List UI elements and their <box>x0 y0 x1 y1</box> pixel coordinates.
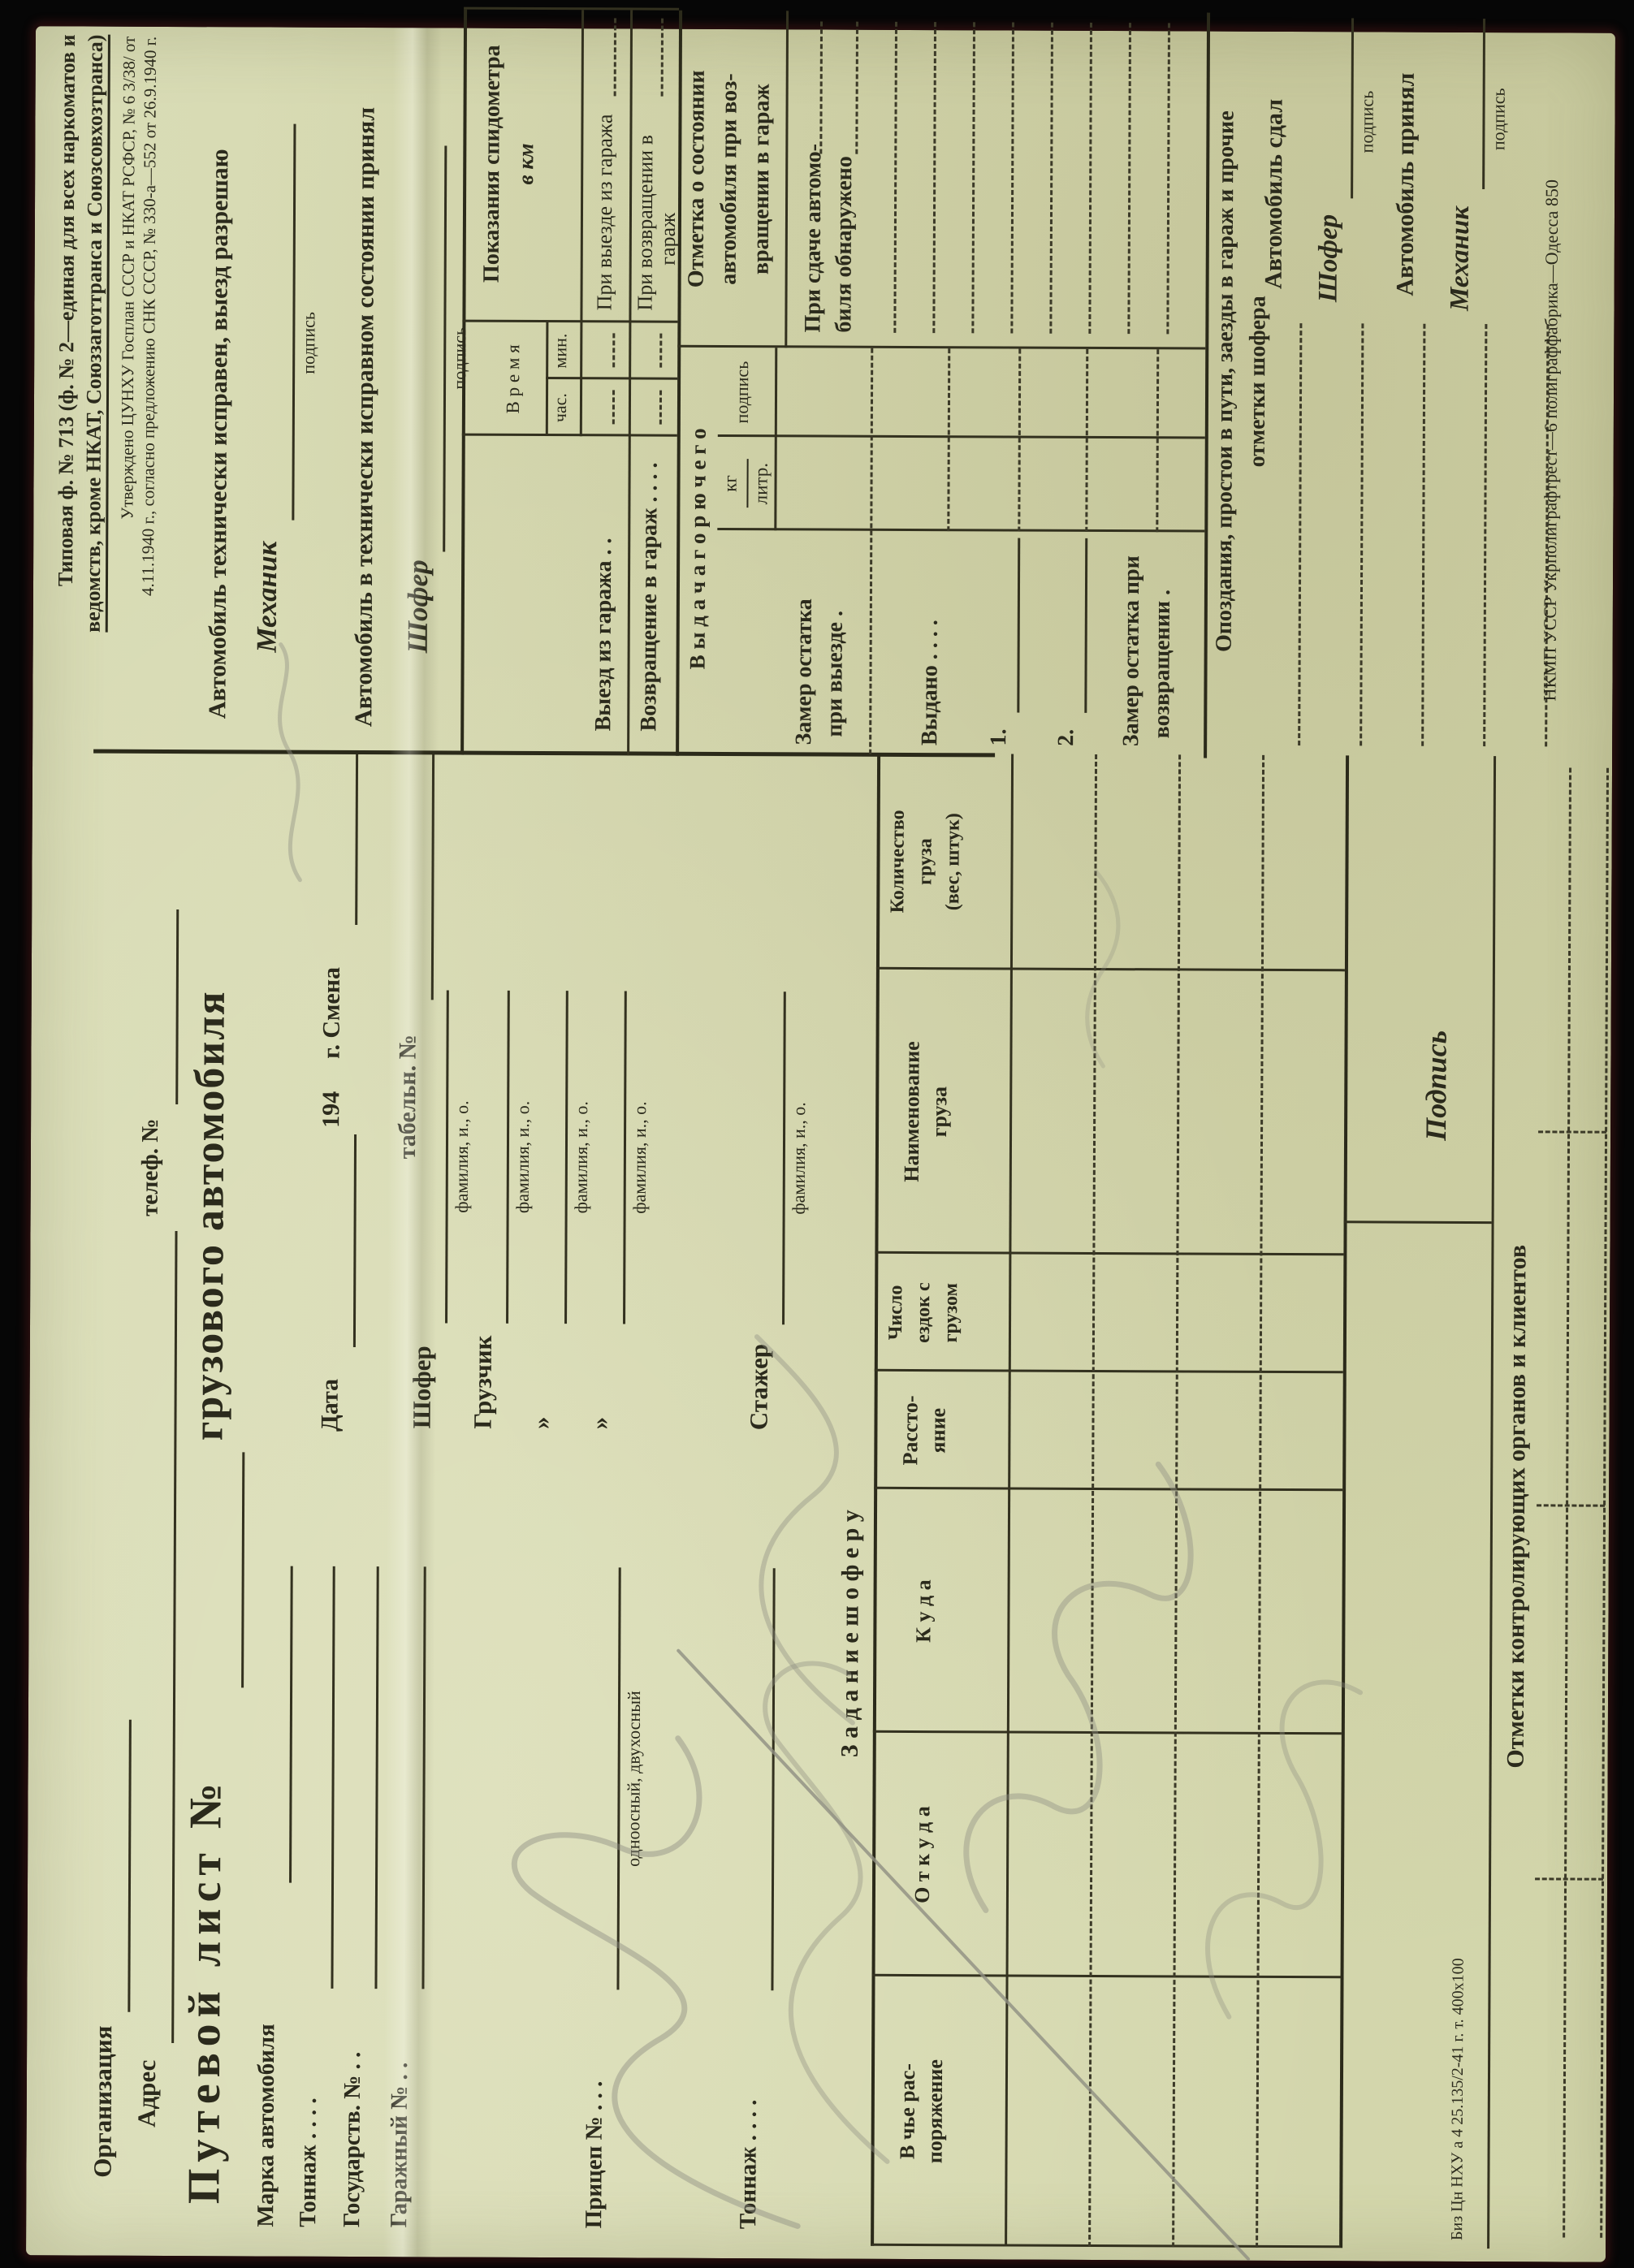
vehicle-handed-label: Автомобиль сдал <box>1261 98 1288 288</box>
condition-short-line-1 <box>855 21 858 153</box>
depart-cell-line <box>614 18 616 96</box>
fuel-bottom-border <box>1204 12 1210 758</box>
delay-line-3 <box>1483 324 1487 746</box>
vehicle-row-line-1 <box>331 1566 335 1988</box>
waybill-paper-sheet: Организация Адрес телеф. № Типовая ф. № … <box>26 26 1615 2262</box>
crew-row-line-4 <box>782 991 786 1324</box>
fuel-row1-line1: Замер остатка <box>792 598 816 745</box>
fuel-n2-label: 2. <box>1054 728 1078 745</box>
condition-line-5 <box>1088 22 1092 333</box>
depart-row-label: Выезд из гаража . . <box>591 538 616 731</box>
fuel-row-sep-2 <box>947 348 950 531</box>
stamp-line-3: Утверждено ЦУНХУ Госплан СССР и НКАТ РСФ… <box>118 36 138 519</box>
crew-row-line-2 <box>564 991 568 1324</box>
task-header-bottom <box>1005 754 1014 2246</box>
crew-row-caption-4: фамилия, и., о. <box>789 1040 808 1276</box>
fuel-row3-line1: Замер остатка при <box>1119 555 1143 746</box>
speedo-header: Показания спидометра <box>479 15 504 312</box>
fuel-block: В ы д а ч а г о р ю ч е г о кг литр. под… <box>26 26 36 2255</box>
fuel-issued-label: Выдано . . . . <box>918 620 942 745</box>
crew-row-caption-1: фамилия, и., о. <box>512 1039 532 1274</box>
vehicle-row-line-0 <box>289 1566 293 1882</box>
condition-found-1: При сдаче автомо- <box>801 143 825 332</box>
condition-line-7 <box>1166 23 1170 334</box>
task-bottom-border <box>1339 755 1349 2248</box>
depart-cell-text: При выезде из гаража <box>593 114 616 310</box>
return-row-label: Возвращение в гараж . . . . <box>637 462 662 731</box>
task-col-6-line-0: Количество <box>888 753 909 969</box>
condition-header-1: Отметка о состоянии <box>684 10 709 347</box>
task-col-0-line-0: В чье рас- <box>896 1976 919 2245</box>
task-col-5-line-0: Наименование <box>900 969 923 1253</box>
fuel-header-bottom <box>774 348 777 530</box>
pencil-scribble-6 <box>279 644 301 879</box>
speedo-col-line-3 <box>462 319 677 322</box>
speedo-row-line <box>627 10 633 755</box>
crew-row-label-3: » <box>586 1416 613 1429</box>
vehicle-row-line-4 <box>616 1567 620 1989</box>
pencil-handwriting-overlay <box>26 26 1615 2262</box>
speedo-right-border <box>464 6 679 10</box>
org-label: Организация <box>89 2025 116 2177</box>
fuel-row1-line2: при выезде . <box>823 610 847 737</box>
condition-line-4 <box>1049 22 1053 333</box>
task-title: З а д а н и е ш о ф е р у <box>835 1056 866 2210</box>
task-table: З а д а н и е ш о ф е р у В чье рас-поря… <box>26 26 36 2255</box>
driver-sign-line <box>443 145 447 551</box>
address-fill-line <box>171 1231 177 2043</box>
condition-line-0 <box>893 21 897 332</box>
shift-fill-line <box>355 752 358 924</box>
mechanic-sign-caption: подпись <box>299 312 318 374</box>
crew-row-line-1 <box>506 990 510 1323</box>
vehicle-accepted-label: Автомобиль принял <box>1393 72 1420 296</box>
return-cell-line <box>661 18 664 96</box>
fuel-n2-line <box>1084 538 1087 712</box>
speedo-col-line-1 <box>462 433 677 436</box>
crew-row-label-0: Шофер <box>408 1346 435 1428</box>
task-row-separator-1 <box>1172 754 1181 2247</box>
address-label: Адрес <box>134 2059 161 2127</box>
stamp-line-1: Типовая ф. № 713 (ф. № 2—единая для всех… <box>54 34 79 586</box>
crew-row-label-4: Стажер <box>746 1343 772 1429</box>
speedo-units: в км <box>513 15 538 312</box>
driver-sign-caption: подпись <box>450 326 469 389</box>
task-data-rows <box>26 26 36 2255</box>
crew-row-line-0 <box>445 990 449 1323</box>
fuel-row3-line2: возвращении . <box>1150 589 1174 737</box>
condition-short-line-0 <box>819 21 823 153</box>
task-top-border <box>871 753 880 2245</box>
return-cell-text-1: При возвращении в <box>633 135 656 311</box>
condition-block: Отметка о состоянии автомобиля при воз- … <box>26 26 36 2255</box>
condition-header-2: автомобиля при воз- <box>716 10 741 347</box>
task-col-1-line-0: О т к у д а <box>911 1732 935 1976</box>
fuel-n1-label: 1. <box>987 728 1010 745</box>
vehicle-row-label-3: Гаражный № . . <box>387 2062 412 2227</box>
hour-cell-dash-2 <box>659 390 662 424</box>
time-header: В р е м я <box>504 322 524 435</box>
title-number-line <box>241 1452 244 1687</box>
delay-line-1 <box>1360 323 1364 745</box>
control-grid-hline-1 <box>1600 767 1609 2237</box>
task-col-6-line-1: груза <box>915 754 936 970</box>
hour-cell-dash-1 <box>612 390 615 424</box>
tech-accepted-statement: Автомобиль в технически исправном состоя… <box>351 106 379 726</box>
crew-row-label-2: » <box>528 1416 555 1429</box>
handed-driver-line <box>1351 18 1354 198</box>
condition-found-2: биля обнаружено <box>832 156 856 333</box>
delay-line-2 <box>1421 323 1425 745</box>
fuel-row-sep-4 <box>1085 348 1088 531</box>
signature-band-bottom <box>1487 756 1496 2249</box>
scan-frame: Организация Адрес телеф. № Типовая ф. № … <box>0 0 1634 2268</box>
hour-header: час. <box>551 379 569 436</box>
accepted-mechanic-sign: подпись <box>1489 88 1507 150</box>
task-col-5-line-1: груза <box>927 970 951 1254</box>
condition-line-3 <box>1010 22 1014 333</box>
vehicle-row-label-5: Тоннаж . . . . <box>736 2099 761 2229</box>
control-marks-grid <box>26 26 36 2255</box>
form-title-part1: Путевой лист № <box>180 1776 230 2204</box>
delay-line-0 <box>1298 323 1302 745</box>
crew-row-caption-3: фамилия, и., о. <box>629 1039 649 1275</box>
condition-line-2 <box>971 22 975 333</box>
crew-row-caption-0: фамилия, и., о. <box>452 1039 471 1274</box>
vehicle-row-label-0: Марка автомобиля <box>253 2024 279 2227</box>
date-fill-line <box>353 1134 357 1346</box>
pencil-scribble-2 <box>763 1663 890 2162</box>
condition-header-3: вращении в гараж <box>749 11 774 348</box>
crew-data-block: Шоферфамилия, и., о.Грузчикфамилия, и., … <box>26 26 36 2255</box>
signature-cell-divider <box>1344 1220 1492 1224</box>
condition-writing-lines <box>26 26 36 2255</box>
task-row-separator-2 <box>1256 754 1264 2247</box>
task-col-2-line-0: К у д а <box>912 1489 936 1733</box>
mechanic-label: Механик <box>253 541 283 652</box>
task-col-0-line-1: поряжение <box>923 1976 947 2246</box>
date-label: Дата <box>317 1378 343 1431</box>
fuel-n1-line <box>1017 538 1020 712</box>
fuel-kg-header: кг <box>720 436 741 529</box>
delays-note-1: Опоздания, простои в пути, заезды в гара… <box>1212 12 1238 750</box>
vehicle-row-line-3 <box>421 1566 426 1989</box>
vehicle-row-line-2 <box>374 1566 378 1989</box>
form-title-part2: грузового автомобиля <box>187 990 233 1441</box>
fuel-title: В ы д а ч а г о р ю ч е г о <box>685 365 710 731</box>
printer-imprint-right: НКМП УССР Укрполиграфтрест—6 полиграффаб… <box>1540 179 1561 701</box>
time-subheader-line <box>546 322 549 436</box>
vehicle-row-label-1: Тоннаж . . . . <box>296 2097 321 2227</box>
fuel-top-border <box>676 10 682 755</box>
phone-fill-line <box>175 909 179 1104</box>
fuel-sign-header: подпись <box>733 348 752 437</box>
accepted-mechanic-line <box>1482 19 1485 189</box>
printer-imprint-left: Биз Цн НХУ а 4 25.135/2-41 г. т. 400х100 <box>1449 1958 1468 2240</box>
tech-ok-statement: Автомобиль технически исправен, выезд ра… <box>205 149 233 719</box>
delays-writing-lines <box>26 26 36 2255</box>
header-section-divider <box>93 749 995 757</box>
task-column-headers: В чье рас-поряжениеО т к у д аК у д аРас… <box>26 26 36 2255</box>
minute-cell-dash-2 <box>659 333 662 367</box>
mechanic-sign-line <box>292 123 296 520</box>
control-marks-header: Отметки контролирующих органов и клиенто… <box>1502 849 1533 2164</box>
task-col-3-line-0: Рассто- <box>899 1371 922 1488</box>
control-grid-hline-0 <box>1563 767 1571 2237</box>
control-grid-vline-1 <box>1537 1504 1605 1506</box>
handed-driver-label: Шофер <box>1315 214 1343 302</box>
return-cell-text-2: гараж <box>657 212 680 265</box>
task-col-3-line-1: яние <box>927 1372 949 1489</box>
tab-number-label: табельн. № <box>395 1035 421 1159</box>
driver-accept-label: Шофер <box>404 559 434 653</box>
speedo-table: Показания спидометра в км В р е м я час.… <box>26 26 36 2255</box>
rotated-stage: Организация Адрес телеф. № Типовая ф. № … <box>0 0 1634 2268</box>
fuel-fraction-bar <box>746 459 748 508</box>
stamp-line-4: 4.11.1940 г., согласно предложению СНК С… <box>139 36 159 595</box>
vehicle-row-label-4: Прицеп № . . . <box>581 2080 607 2228</box>
shift-label: г. Смена <box>318 966 344 1058</box>
crew-row-caption-2: фамилия, и., о. <box>571 1039 590 1275</box>
pencil-scribble-4 <box>966 1463 1191 1911</box>
phone-label: телеф. № <box>138 1118 163 1216</box>
pencil-diagonal-stroke <box>676 1650 1251 2258</box>
task-col-6-line-2: (вес, штук) <box>943 754 964 970</box>
handed-driver-sign: подпись <box>1357 90 1376 153</box>
task-col-4-line-1: ездок с <box>914 1254 935 1372</box>
org-fill-line <box>128 1719 132 2011</box>
task-signature-label: Подпись <box>1421 1030 1452 1140</box>
task-col-line-2 <box>873 1730 1342 1734</box>
vehicle-row-label-2: Государств. № . . <box>339 2051 365 2227</box>
stamp-line-2: ведомств, кроме НКАТ, Союззаготтранса и … <box>82 34 111 632</box>
minute-cell-dash-1 <box>612 333 615 367</box>
minute-header: мин. <box>551 322 569 379</box>
control-grid-vline-0 <box>1535 1877 1603 1880</box>
year-label: 194 <box>318 1091 344 1127</box>
task-col-4-line-0: Число <box>886 1253 907 1371</box>
tab-number-fill-line <box>431 753 434 1000</box>
fuel-col-line-1 <box>717 527 1204 532</box>
accepted-mechanic-label: Механик <box>1446 205 1474 310</box>
vehicle-row-caption-4: одноосный, двухосный <box>623 1567 643 1989</box>
task-row-separator-0 <box>1088 754 1097 2246</box>
vehicle-data-block: Марка автомобиляТоннаж . . . .Государств… <box>26 26 36 2255</box>
task-col-4-line-2: грузом <box>941 1254 962 1372</box>
fuel-row-sep-1 <box>869 348 873 754</box>
control-grid-vline-2 <box>1538 1130 1606 1133</box>
speedo-header-bottom <box>580 10 584 436</box>
crew-row-line-3 <box>623 991 627 1324</box>
crew-row-label-1: Грузчик <box>469 1335 496 1428</box>
vehicle-row-line-5 <box>771 1568 775 1990</box>
fuel-col-line-2 <box>718 434 1205 438</box>
condition-header-bottom <box>785 11 789 348</box>
fuel-litre-header: литр. <box>751 437 772 530</box>
condition-line-6 <box>1127 23 1131 334</box>
condition-line-1 <box>932 22 936 333</box>
fuel-row-sep-3 <box>1018 348 1021 531</box>
fuel-row-sep-5 <box>1156 349 1159 532</box>
